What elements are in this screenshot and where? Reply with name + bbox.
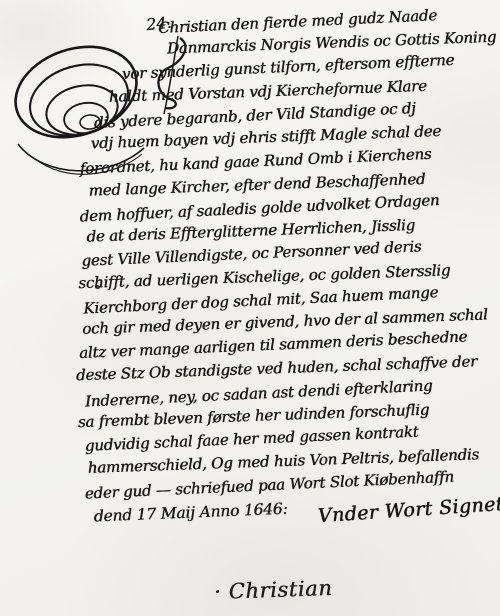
letter-lines: Christian den fierde med gudz NaadeDanma…	[0, 2, 500, 507]
signet-note: Vnder Wort Signette,	[317, 491, 500, 527]
manuscript-scan: 24. Christian den fierde med gudz NaadeD…	[0, 0, 500, 616]
royal-signature: · Christian	[214, 576, 333, 604]
letter-body: Christian den fierde med gudz NaadeDanma…	[0, 2, 500, 537]
